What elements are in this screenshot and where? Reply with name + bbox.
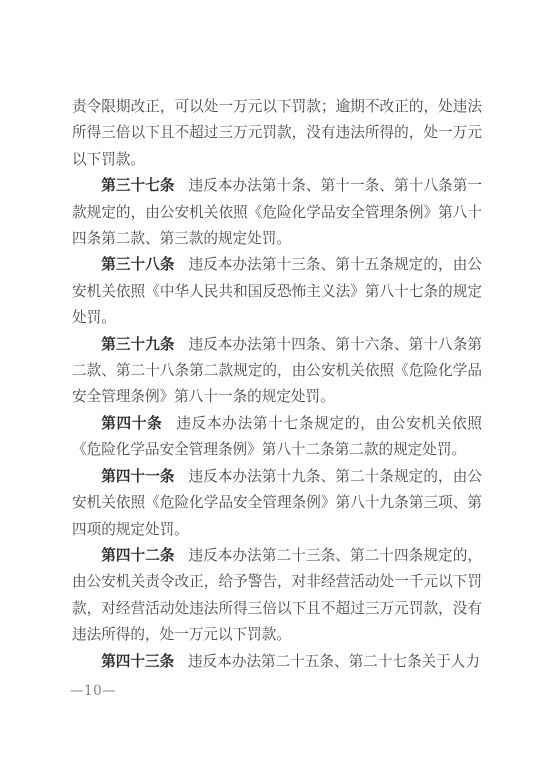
paragraph-text: 责令限期改正，可以处一万元以下罚款；逾期不改正的，处违法所得三倍以下且不超过三万… [72, 98, 482, 168]
paragraph-continuation: 责令限期改正，可以处一万元以下罚款；逾期不改正的，处违法所得三倍以下且不超过三万… [72, 94, 482, 173]
article-number: 第四十条 [101, 415, 162, 432]
article-number: 第四十三条 [101, 653, 174, 670]
paragraph-article-37: 第三十七条违反本办法第十条、第十一条、第十八条第一款规定的，由公安机关依照《危险… [72, 173, 482, 252]
paragraph-article-41: 第四十一条违反本办法第十九条、第二十条规定的，由公安机关依照《危险化学品安全管理… [72, 464, 482, 543]
paragraph-article-39: 第三十九条违反本办法第十四条、第十六条、第十八条第二款、第二十八条第二款规定的，… [72, 332, 482, 411]
article-number: 第四十二条 [101, 547, 174, 564]
article-number: 第三十七条 [101, 177, 174, 194]
paragraph-article-40: 第四十条违反本办法第十七条规定的，由公安机关依照《危险化学品安全管理条例》第八十… [72, 411, 482, 464]
paragraph-article-38: 第三十八条违反本办法第十三条、第十五条规定的，由公安机关依照《中华人民共和国反恐… [72, 252, 482, 331]
paragraph-article-42: 第四十二条违反本办法第二十三条、第二十四条规定的，由公安机关责令改正，给予警告，… [72, 543, 482, 649]
paragraph-article-43: 第四十三条违反本办法第二十五条、第二十七条关于人力 [72, 649, 482, 675]
document-body: 责令限期改正，可以处一万元以下罚款；逾期不改正的，处违法所得三倍以下且不超过三万… [72, 94, 482, 675]
document-page: 责令限期改正，可以处一万元以下罚款；逾期不改正的，处违法所得三倍以下且不超过三万… [0, 0, 552, 782]
article-number: 第三十八条 [101, 256, 174, 273]
article-number: 第三十九条 [101, 336, 174, 353]
article-number: 第四十一条 [101, 468, 174, 485]
paragraph-text: 违反本办法第二十五条、第二十七条关于人力 [188, 653, 480, 670]
page-number: —10— [70, 682, 116, 700]
